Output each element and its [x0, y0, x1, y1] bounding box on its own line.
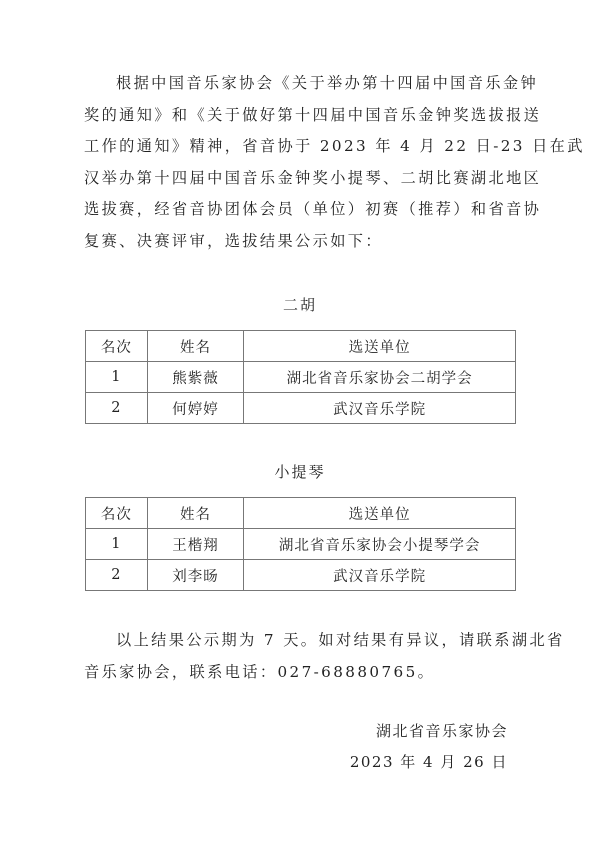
cell-rank: 1	[86, 529, 148, 560]
header-unit: 选送单位	[244, 498, 516, 529]
section-title-violin: 小提琴	[0, 461, 600, 482]
header-name: 姓名	[147, 498, 244, 529]
cell-rank: 2	[86, 393, 148, 424]
cell-unit: 湖北省音乐家协会二胡学会	[244, 362, 516, 393]
header-rank: 名次	[86, 498, 148, 529]
intro-line: 选拔赛，经省音协团体会员（单位）初赛（推荐）和省音协	[84, 194, 516, 226]
cell-unit: 武汉音乐学院	[244, 560, 516, 591]
cell-name: 王楷翔	[147, 529, 244, 560]
table-header-row: 名次 姓名 选送单位	[86, 498, 516, 529]
intro-line: 复赛、决赛评审，选拔结果公示如下：	[84, 226, 516, 258]
intro-paragraph: 根据中国音乐家协会《关于举办第十四届中国音乐金钟 奖的通知》和《关于做好第十四届…	[84, 68, 516, 257]
cell-name: 何婷婷	[147, 393, 244, 424]
table-row: 1 熊紫薇 湖北省音乐家协会二胡学会	[86, 362, 516, 393]
cell-rank: 2	[86, 560, 148, 591]
table-row: 2 何婷婷 武汉音乐学院	[86, 393, 516, 424]
violin-results-table: 名次 姓名 选送单位 1 王楷翔 湖北省音乐家协会小提琴学会 2 刘李旸 武汉音…	[85, 497, 516, 591]
table-header-row: 名次 姓名 选送单位	[86, 331, 516, 362]
intro-line: 奖的通知》和《关于做好第十四届中国音乐金钟奖选拔报送	[84, 100, 516, 132]
intro-line: 根据中国音乐家协会《关于举办第十四届中国音乐金钟	[84, 68, 516, 100]
cell-name: 刘李旸	[147, 560, 244, 591]
intro-line: 工作的通知》精神，省音协于 2023 年 4 月 22 日-23 日在武	[84, 131, 516, 163]
table-row: 2 刘李旸 武汉音乐学院	[86, 560, 516, 591]
erhu-results-table: 名次 姓名 选送单位 1 熊紫薇 湖北省音乐家协会二胡学会 2 何婷婷 武汉音乐…	[85, 330, 516, 424]
cell-unit: 湖北省音乐家协会小提琴学会	[244, 529, 516, 560]
notice-line: 音乐家协会，联系电话：027-68880765。	[84, 657, 516, 689]
header-rank: 名次	[86, 331, 148, 362]
cell-unit: 武汉音乐学院	[244, 393, 516, 424]
intro-line: 汉举办第十四届中国音乐金钟奖小提琴、二胡比赛湖北地区	[84, 163, 516, 195]
signature-org: 湖北省音乐家协会	[376, 720, 508, 741]
notice-line: 以上结果公示期为 7 天。如对结果有异议，请联系湖北省	[84, 625, 516, 657]
section-title-erhu: 二胡	[0, 294, 600, 315]
cell-name: 熊紫薇	[147, 362, 244, 393]
header-name: 姓名	[147, 331, 244, 362]
header-unit: 选送单位	[244, 331, 516, 362]
table-row: 1 王楷翔 湖北省音乐家协会小提琴学会	[86, 529, 516, 560]
cell-rank: 1	[86, 362, 148, 393]
notice-paragraph: 以上结果公示期为 7 天。如对结果有异议，请联系湖北省 音乐家协会，联系电话：0…	[84, 625, 516, 688]
signature-date: 2023 年 4 月 26 日	[350, 751, 508, 772]
